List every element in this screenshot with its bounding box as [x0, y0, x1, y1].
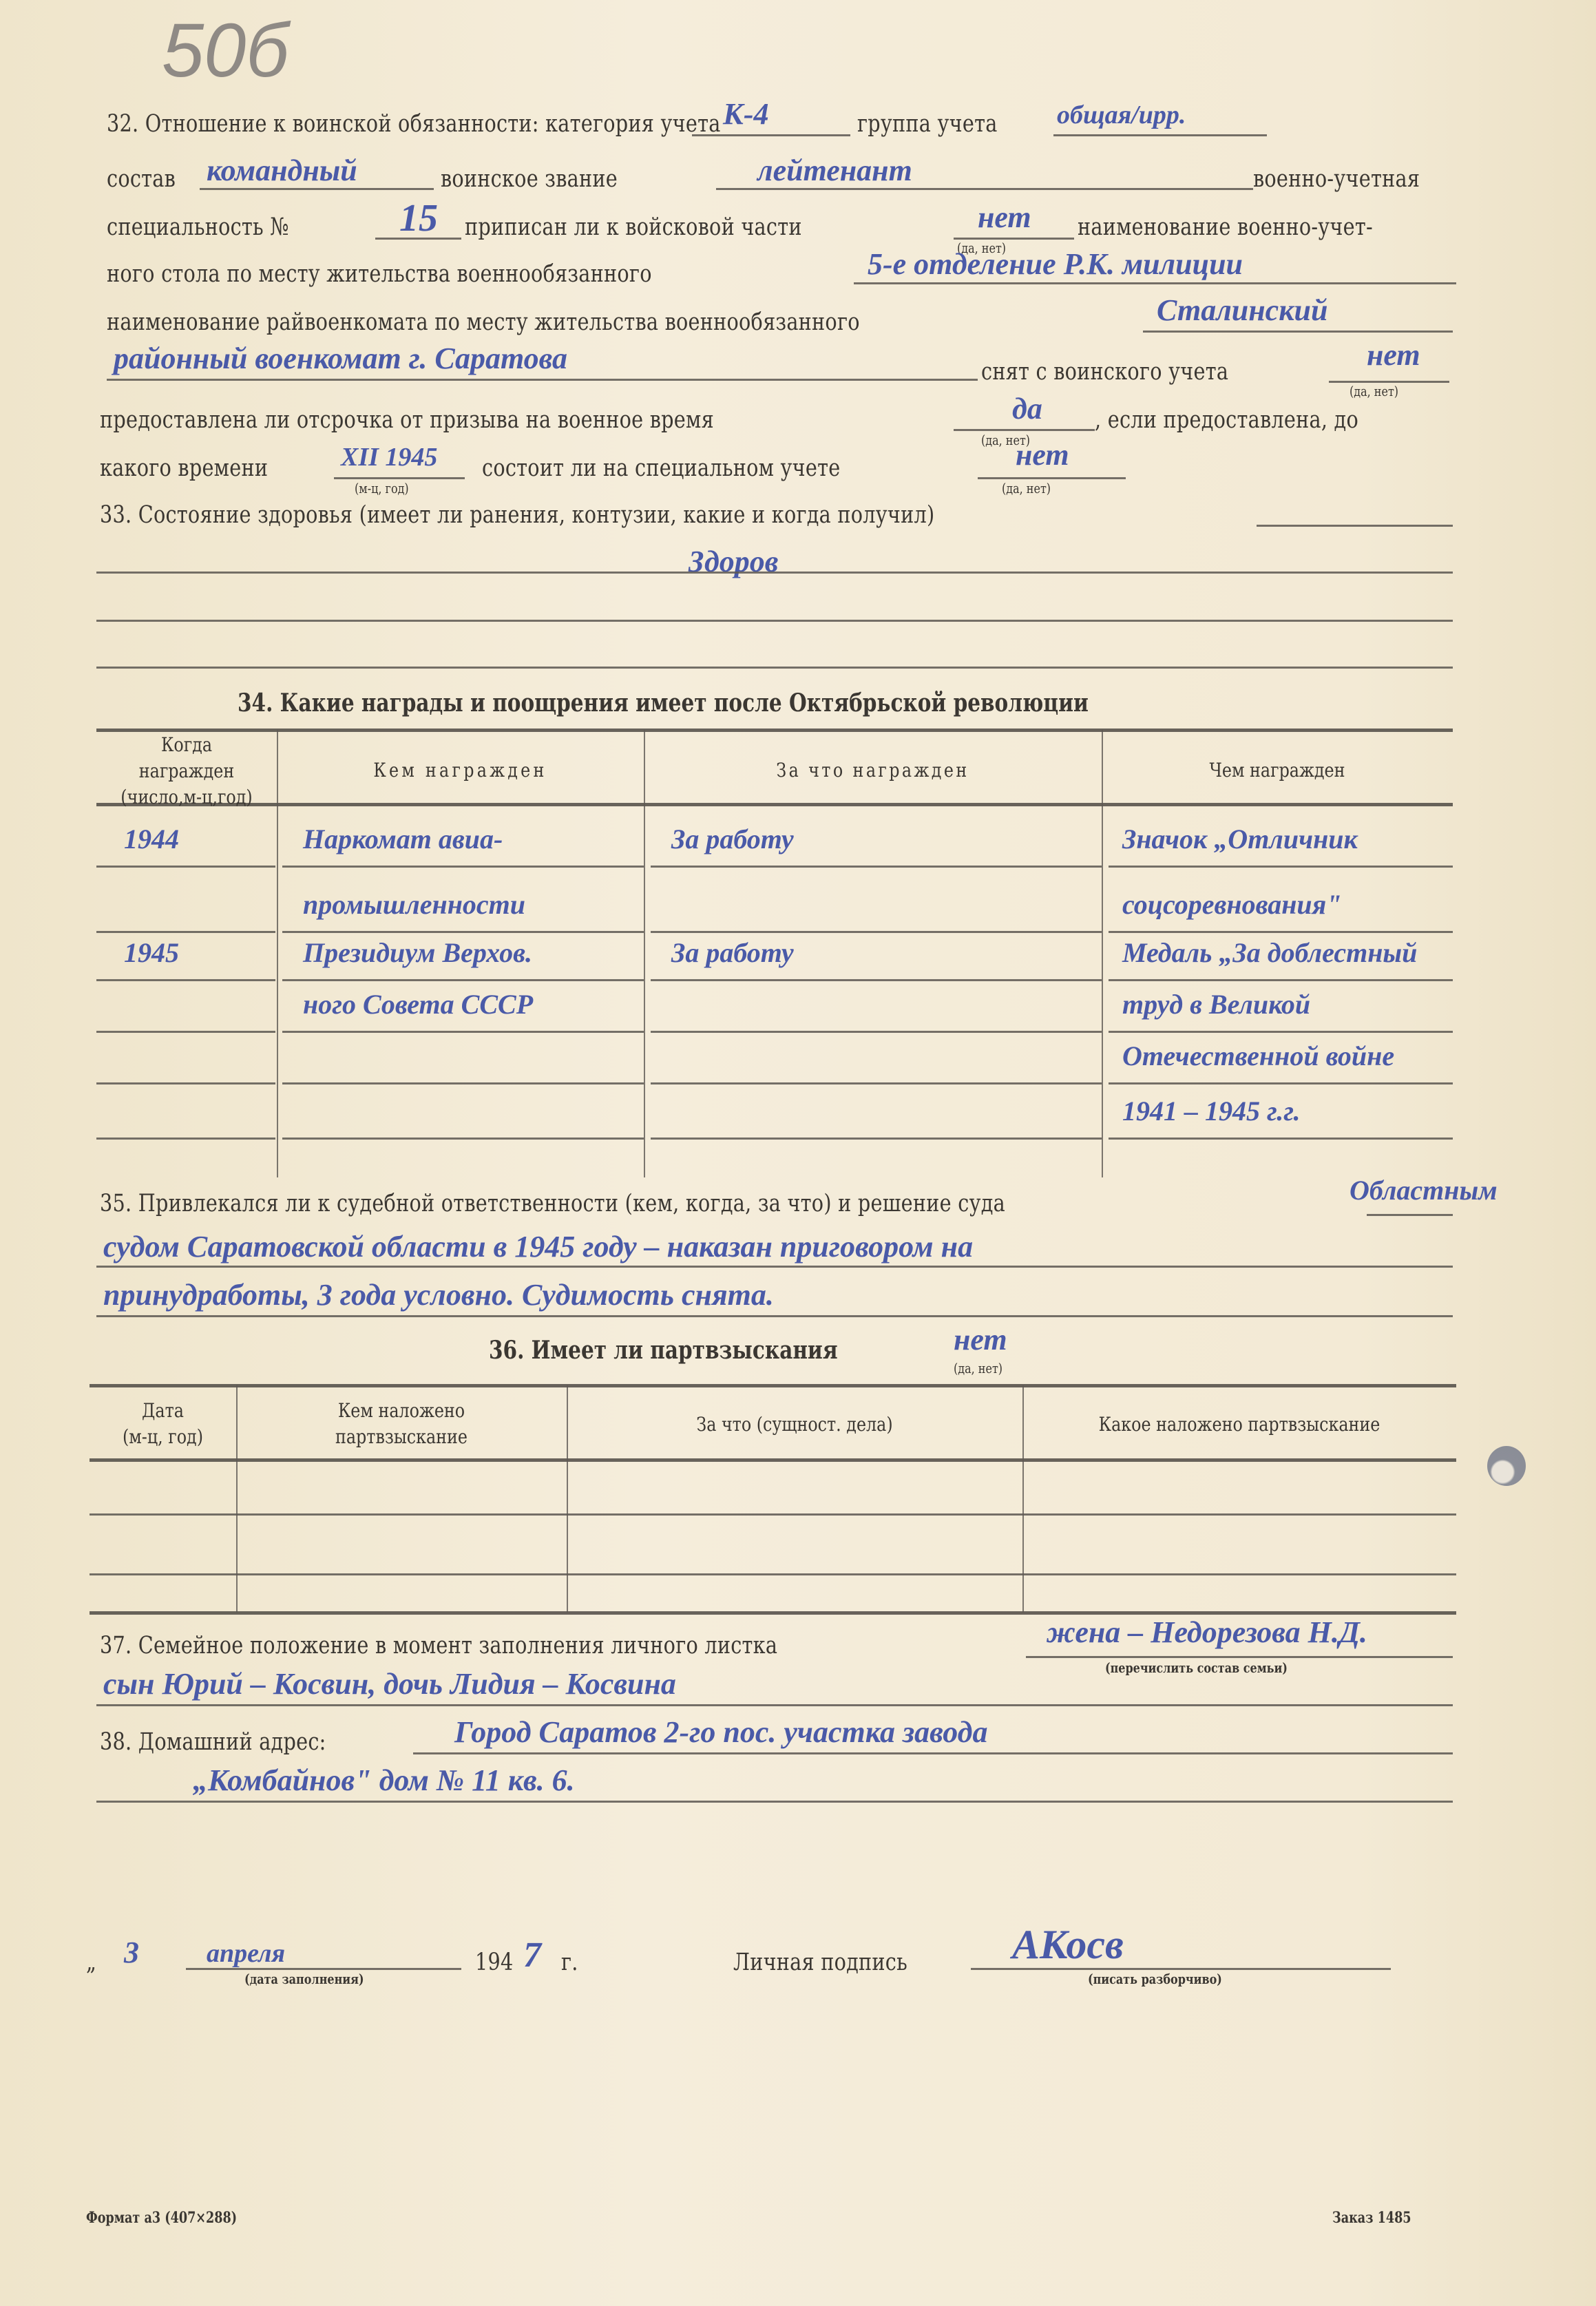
s32-raivoenkomat-label: наименование райвоенкомата по месту жите…	[107, 308, 860, 336]
s32-deferral-until-label-1: , если предоставлена, до	[1095, 406, 1358, 434]
s36-col-for-what: За что (сущност. дела)	[601, 1412, 989, 1438]
s32-specialty-label: специальность №	[107, 213, 289, 241]
s32-special-value: нет	[1016, 437, 1069, 472]
table-cell: 1941 – 1945 г.г.	[1122, 1095, 1300, 1127]
s32-special-label: состоит ли на специальном учете	[482, 454, 840, 482]
s34-col-award: Чем награжден	[1128, 757, 1427, 784]
s32-composition-value: командный	[207, 153, 357, 188]
s32-assigned-label: приписан ли к войсковой части	[465, 213, 802, 241]
s32-deferral-until-hint: (м-ц, год)	[355, 480, 409, 496]
s32-vus-label: военно-учетная	[1253, 165, 1420, 193]
s36-col-date: Дата (м-ц, год)	[101, 1398, 225, 1450]
s32-removed-hint: (да, нет)	[1350, 383, 1398, 399]
s38-label: 38. Домашний адрес:	[100, 1728, 326, 1756]
s32-composition-label: состав	[107, 165, 176, 193]
s34-col-for-what: За что награжден	[678, 757, 1067, 784]
table-cell: Медаль „За доблестный	[1122, 936, 1417, 969]
s37-value-1: жена – Недорезова Н.Д.	[1047, 1615, 1367, 1650]
s32-group-value: общая/ирр.	[1057, 100, 1186, 130]
s32-assigned-value: нет	[978, 200, 1031, 235]
s32-office-label-2: ного стола по месту жительства военнообя…	[107, 260, 652, 288]
table-cell: 1945	[124, 936, 179, 969]
table-cell: Президиум Верхов.	[303, 936, 532, 969]
footer-order: Заказ 1485	[1332, 2209, 1411, 2227]
date-year-suffix: г.	[561, 1949, 578, 1976]
s32-specialty-value: 15	[399, 196, 438, 240]
s37-value-2: сын Юрий – Косвин, дочь Лидия – Косвина	[103, 1666, 676, 1701]
s32-rank-value: лейтенант	[757, 153, 912, 188]
s34-col-by-whom: Кем награжден	[304, 757, 616, 784]
s35-value-2: судом Саратовской области в 1945 году – …	[103, 1229, 973, 1264]
s32-deferral-until-value: XII 1945	[341, 442, 437, 472]
date-year-digit: 7	[523, 1935, 541, 1975]
s33-label: 33. Состояние здоровья (имеет ли ранения…	[100, 501, 934, 529]
date-year-prefix: 194	[475, 1949, 514, 1976]
table-cell: За работу	[671, 823, 794, 855]
table-cell: Значок „Отличник	[1122, 823, 1358, 855]
signature-hint: (писать разборчиво)	[1088, 1971, 1222, 1987]
footer-format: Формат а3 (407×288)	[86, 2209, 237, 2227]
page-number: 50б	[162, 7, 288, 94]
s38-value-2: „Комбайнов" дом № 11 кв. 6.	[193, 1763, 575, 1798]
s32-removed-label: снят с воинского учета	[981, 358, 1228, 386]
table-cell: труд в Великой	[1122, 988, 1310, 1020]
table-cell: 1944	[124, 823, 179, 855]
s35-value-3: принудработы, 3 года условно. Судимость …	[103, 1277, 774, 1312]
s32-special-hint: (да, нет)	[1002, 480, 1051, 496]
table-cell: Отечественной войне	[1122, 1040, 1394, 1072]
s38-value-1: Город Саратов 2-го пос. участка завода	[454, 1715, 987, 1750]
s32-label: 32. Отношение к воинской обязанности: ка…	[107, 110, 721, 138]
s36-col-penalty: Какое наложено партвзыскание	[1055, 1412, 1424, 1438]
s34-title: 34. Какие награды и поощрения имеет посл…	[238, 689, 1089, 717]
s32-deferral-label: предоставлена ли отсрочка от призыва на …	[100, 406, 714, 434]
s32-deferral-until-label-2: какого времени	[100, 454, 268, 482]
table-cell: промышленности	[303, 888, 525, 921]
signature-label: Личная подпись	[733, 1949, 907, 1976]
s37-label: 37. Семейное положение в момент заполнен…	[100, 1632, 777, 1659]
s35-label: 35. Привлекался ли к судебной ответствен…	[100, 1190, 1005, 1217]
table-cell: ного Совета СССР	[303, 988, 533, 1020]
s36-value: нет	[954, 1322, 1007, 1357]
table-cell: соцсоревнования"	[1122, 888, 1341, 921]
date-day: 3	[124, 1935, 139, 1970]
s32-rank-label: воинское звание	[441, 165, 618, 193]
s32-raivoenkomat-value-1: Сталинский	[1157, 293, 1327, 328]
s32-office-label-1: наименование военно-учет-	[1078, 213, 1373, 241]
s32-deferral-value: да	[1012, 391, 1042, 426]
s36-col-by-whom: Кем наложено партвзыскание	[261, 1398, 542, 1450]
table-cell: За работу	[671, 936, 794, 969]
s32-removed-value: нет	[1367, 337, 1420, 373]
date-hint: (дата заполнения)	[244, 1971, 364, 1987]
s32-category-value: К-4	[723, 96, 769, 132]
table-cell: Наркомат авиа-	[303, 823, 503, 855]
signature: АКосв	[1012, 1921, 1124, 1969]
punch-hole	[1487, 1446, 1526, 1486]
date-month: апреля	[207, 1938, 285, 1969]
s37-hint: (перечислить состав семьи)	[1105, 1659, 1288, 1676]
s32-group-label: группа учета	[857, 110, 998, 138]
s34-col-when: Когда награжден (число,м-ц,год)	[110, 732, 264, 810]
s35-value-1: Областным	[1350, 1174, 1498, 1206]
s33-value: Здоров	[689, 544, 778, 579]
s32-raivoenkomat-value-2: районный военкомат г. Саратова	[114, 341, 567, 376]
s32-office-value: 5-е отделение Р.К. милиции	[868, 247, 1243, 282]
s36-hint: (да, нет)	[954, 1360, 1002, 1376]
s36-label: 36. Имеет ли партвзыскания	[489, 1336, 838, 1365]
